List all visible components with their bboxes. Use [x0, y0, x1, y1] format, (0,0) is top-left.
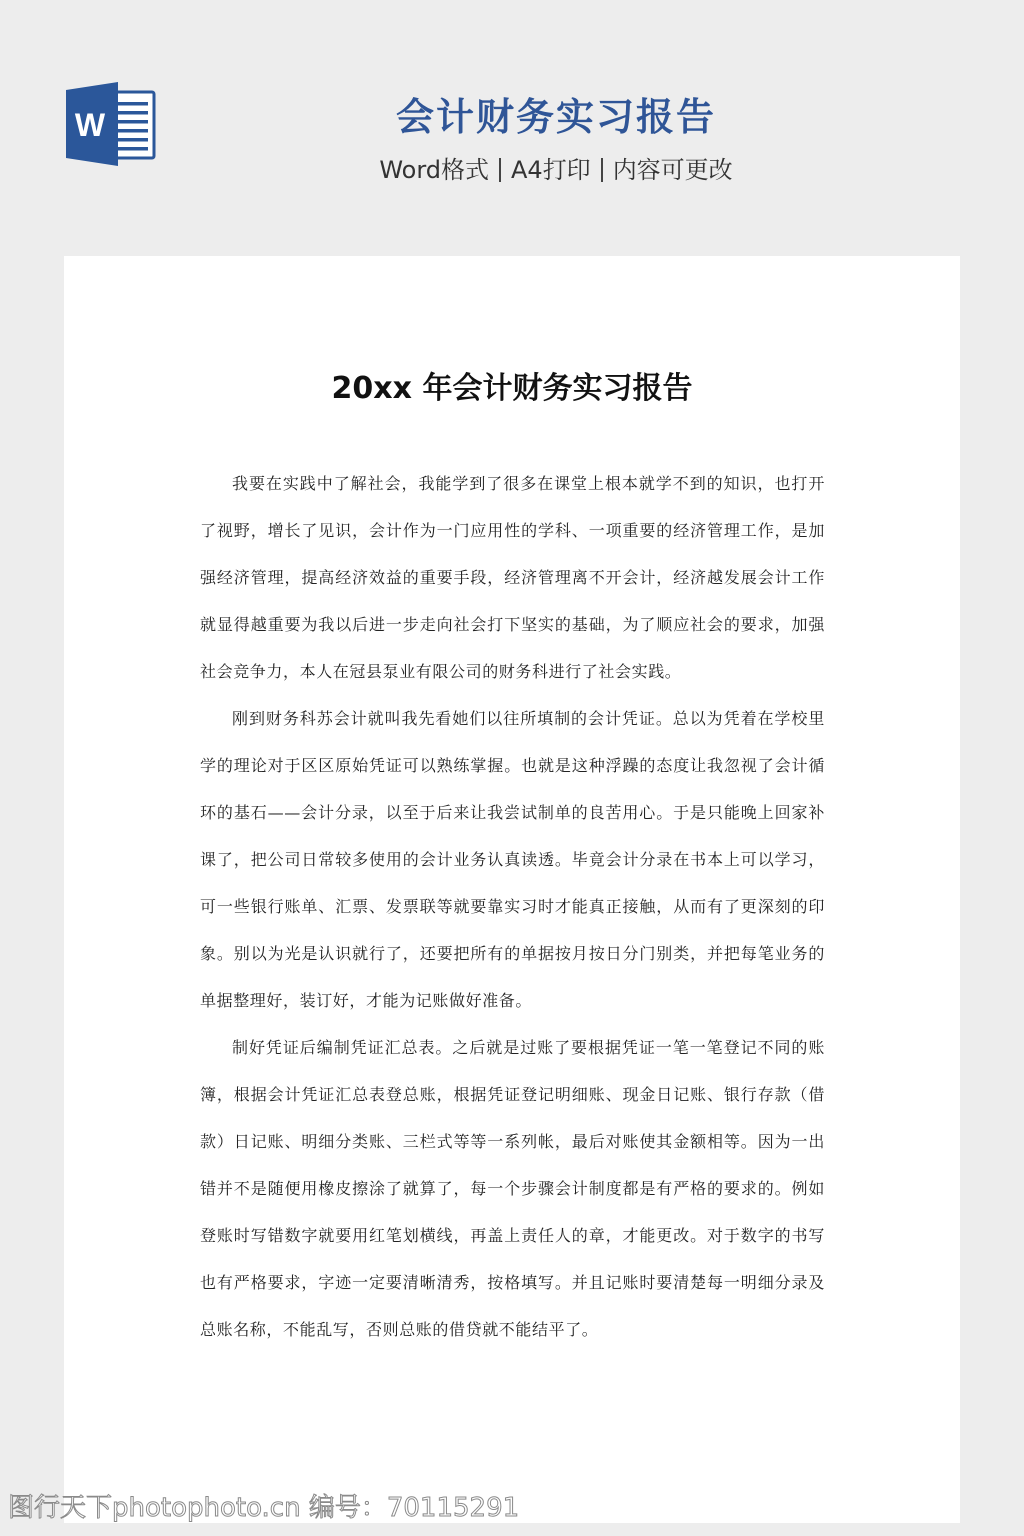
header-title: 会计财务实习报告	[300, 92, 812, 142]
subtitle-editable: 内容可更改	[613, 156, 733, 184]
subtitle-print: A4打印	[511, 156, 591, 184]
subtitle-format: Word格式	[379, 156, 489, 184]
document-body: 我要在实践中了解社会，我能学到了很多在课堂上根本就学不到的知识，也打开了视野，增…	[200, 460, 825, 1353]
paragraph-2: 刚到财务科苏会计就叫我先看她们以往所填制的会计凭证。总以为凭着在学校里学的理论对…	[200, 695, 825, 1024]
header-banner: W 会计财务实习报告 Word格式A4打印内容可更改	[0, 0, 1024, 256]
watermark-text: 图行天下photophoto.cn 编号：70115291	[8, 1490, 519, 1526]
paragraph-3: 制好凭证后编制凭证汇总表。之后就是过账了要根据凭证一笔一笔登记不同的账簿，根据会…	[200, 1024, 825, 1353]
document-title: 20xx 年会计财务实习报告	[64, 366, 960, 412]
separator	[499, 158, 501, 182]
svg-text:W: W	[75, 107, 106, 143]
document-page: 20xx 年会计财务实习报告 我要在实践中了解社会，我能学到了很多在课堂上根本就…	[64, 256, 960, 1523]
word-document-icon: W	[66, 82, 156, 166]
paragraph-1: 我要在实践中了解社会，我能学到了很多在课堂上根本就学不到的知识，也打开了视野，增…	[200, 460, 825, 695]
separator	[601, 158, 603, 182]
header-subtitle: Word格式A4打印内容可更改	[300, 152, 812, 188]
